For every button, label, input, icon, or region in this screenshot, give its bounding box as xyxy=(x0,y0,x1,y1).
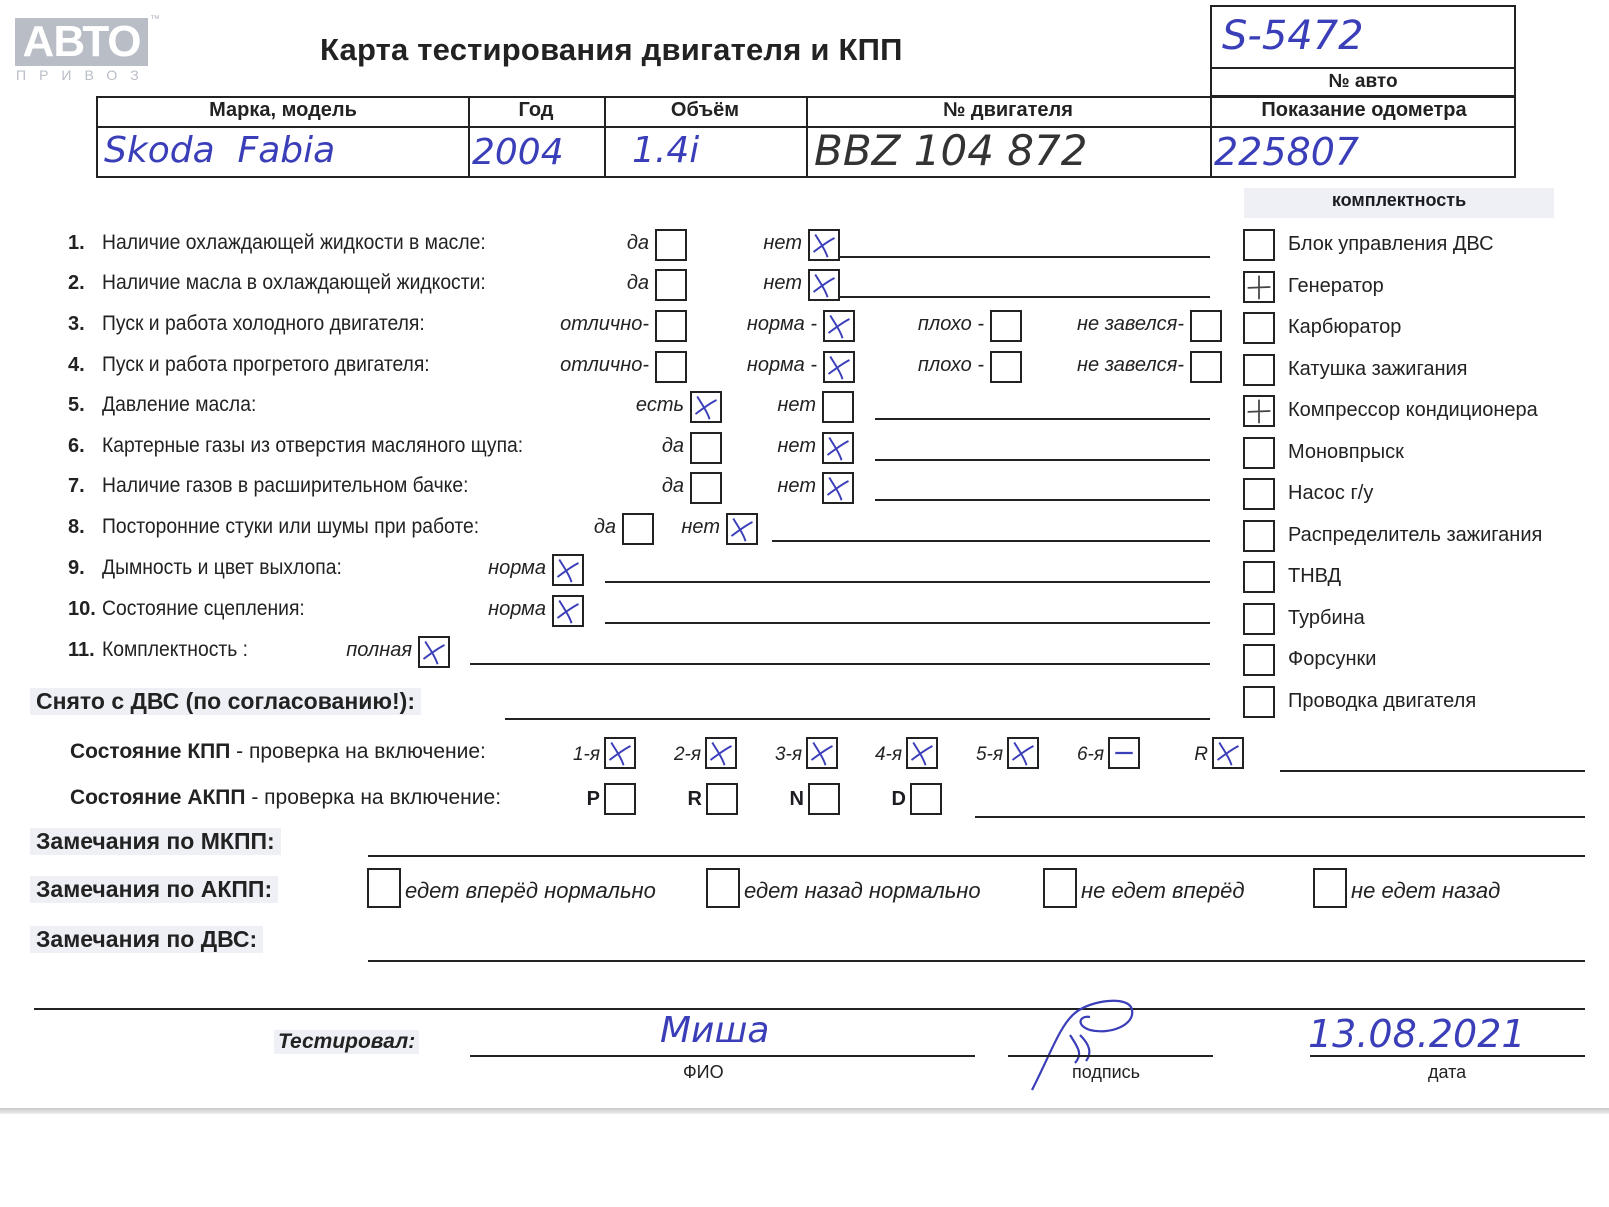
check-option-label: нет xyxy=(682,394,816,417)
akpp-remark-label: не едет вперёд xyxy=(1081,878,1245,904)
akpp-remark-checkbox[interactable] xyxy=(1043,868,1077,908)
komplektnost-checkbox[interactable] xyxy=(1243,478,1275,510)
check-option-checkbox[interactable] xyxy=(552,554,584,586)
kpp-gear-checkbox[interactable] xyxy=(906,737,938,769)
check-option-label: да xyxy=(550,475,684,498)
check-option-label: не завелся- xyxy=(1050,313,1184,336)
col-odometer: Показание одометра xyxy=(1210,99,1518,122)
komplektnost-title: комплектность xyxy=(1244,188,1554,218)
komplektnost-item-label: Насос г/у xyxy=(1288,482,1373,505)
page-title: Карта тестирования двигателя и КПП xyxy=(320,32,903,68)
check-notes-field[interactable] xyxy=(840,256,1210,258)
check-notes-field[interactable] xyxy=(605,581,1210,583)
check-option-label: нет xyxy=(682,475,816,498)
col-year: Год xyxy=(468,99,604,122)
akpp-remark-label: едет назад нормально xyxy=(744,878,981,904)
komplektnost-item-label: Генератор xyxy=(1288,275,1384,298)
year-value[interactable]: 2004 xyxy=(472,132,564,173)
check-label: Комплектность : xyxy=(102,638,248,662)
komplektnost-checkbox[interactable] xyxy=(1243,229,1275,261)
akpp-remark-checkbox[interactable] xyxy=(367,868,401,908)
check-option-label: полная xyxy=(278,639,412,662)
kpp-gear-label: 6-я xyxy=(1048,744,1104,766)
odometer-value[interactable]: 225807 xyxy=(1214,130,1359,174)
check-option-label: не завелся- xyxy=(1050,354,1184,377)
check-option-checkbox[interactable] xyxy=(726,513,758,545)
akpp-mode-checkbox[interactable] xyxy=(910,783,942,815)
komplektnost-item-label: Блок управления ДВС xyxy=(1288,233,1494,256)
check-option-checkbox[interactable] xyxy=(822,472,854,504)
akpp-remark-label: едет вперёд нормально xyxy=(405,878,656,904)
komplektnost-item-label: Компрессор кондиционера xyxy=(1288,399,1538,422)
logo-trademark: ™ xyxy=(150,14,160,25)
remarks-mkpp-field[interactable] xyxy=(368,855,1585,857)
volume-value[interactable]: 1.4i xyxy=(632,130,699,171)
komplektnost-item-label: Моновпрыск xyxy=(1288,441,1404,464)
kpp-gear-label: 3-я xyxy=(746,744,802,766)
check-option-label: нет xyxy=(682,435,816,458)
paper-tear-edge xyxy=(0,1108,1609,1114)
kpp-gear-label: R xyxy=(1152,744,1208,766)
check-option-checkbox[interactable] xyxy=(552,595,584,627)
akpp-remark-checkbox[interactable] xyxy=(706,868,740,908)
divider-line xyxy=(34,1008,1585,1010)
remarks-akpp-label: Замечания по АКПП: xyxy=(30,876,278,903)
akpp-remark-label: не едет назад xyxy=(1351,878,1500,904)
komplektnost-checkbox[interactable] xyxy=(1243,271,1275,303)
remarks-mkpp-label: Замечания по МКПП: xyxy=(30,828,281,855)
kpp-gear-label: 2-я xyxy=(645,744,701,766)
check-number: 6. xyxy=(68,435,85,458)
col-make-model: Марка, модель xyxy=(98,99,468,122)
komplektnost-item-label: Распределитель зажигания xyxy=(1288,524,1542,547)
vehicle-number-box: S-5472 № авто xyxy=(1210,5,1516,97)
check-option-label: отлично- xyxy=(515,313,649,336)
check-label: Давление масла: xyxy=(102,393,256,417)
check-label: Картерные газы из отверстия масляного щу… xyxy=(102,434,523,458)
komplektnost-item-label: ТНВД xyxy=(1288,565,1341,588)
logo-subtitle: ПРИВОЗ xyxy=(16,67,152,83)
komplektnost-checkbox[interactable] xyxy=(1243,312,1275,344)
akpp-mode-checkbox[interactable] xyxy=(604,783,636,815)
check-label: Посторонние стуки или шумы при работе: xyxy=(102,515,479,539)
kpp-gear-checkbox[interactable] xyxy=(604,737,636,769)
make-model-value[interactable]: Skoda Fabia xyxy=(104,130,335,171)
check-option-label: нет xyxy=(668,272,802,295)
vehicle-number-value[interactable]: S-5472 xyxy=(1222,13,1364,59)
check-option-checkbox[interactable] xyxy=(418,636,450,668)
komplektnost-checkbox[interactable] xyxy=(1243,520,1275,552)
check-notes-field[interactable] xyxy=(470,663,1210,665)
check-option-checkbox[interactable] xyxy=(1190,351,1222,383)
check-option-checkbox[interactable] xyxy=(990,351,1022,383)
kpp-gear-checkbox[interactable] xyxy=(1212,737,1244,769)
komplektnost-checkbox[interactable] xyxy=(1243,603,1275,635)
check-number: 8. xyxy=(68,516,85,539)
check-number: 1. xyxy=(68,232,85,255)
check-notes-field[interactable] xyxy=(772,540,1210,542)
akpp-label: Состояние АКПП - проверка на включение: xyxy=(70,786,501,810)
check-option-label: да xyxy=(550,435,684,458)
check-label: Пуск и работа прогретого двигателя: xyxy=(102,353,430,377)
col-volume: Объём xyxy=(604,99,806,122)
check-option-label: нет xyxy=(668,232,802,255)
check-option-checkbox[interactable] xyxy=(808,269,840,301)
name-caption: ФИО xyxy=(683,1062,724,1083)
check-notes-field[interactable] xyxy=(875,499,1210,501)
check-notes-field[interactable] xyxy=(840,296,1210,298)
akpp-notes-field[interactable] xyxy=(975,816,1585,818)
check-number: 5. xyxy=(68,394,85,417)
komplektnost-checkbox[interactable] xyxy=(1243,437,1275,469)
removed-from-engine-field[interactable] xyxy=(505,718,1210,720)
check-notes-field[interactable] xyxy=(875,418,1210,420)
check-notes-field[interactable] xyxy=(875,459,1210,461)
komplektnost-checkbox[interactable] xyxy=(1243,561,1275,593)
check-label: Состояние сцепления: xyxy=(102,597,305,621)
check-label: Наличие масла в охлаждающей жидкости: xyxy=(102,271,486,295)
tested-by-label: Тестировал: xyxy=(274,1030,419,1054)
engine-number-value[interactable]: BBZ 104 872 xyxy=(814,126,1087,175)
check-option-label: да xyxy=(515,272,649,295)
check-option-checkbox[interactable] xyxy=(990,310,1022,342)
test-date-value[interactable]: 13.08.2021 xyxy=(1308,1012,1526,1056)
signature-caption: подпись xyxy=(1072,1062,1140,1083)
vehicle-number-label: № авто xyxy=(1212,71,1514,93)
kpp-gear-label: 5-я xyxy=(947,744,1003,766)
check-option-label: норма xyxy=(412,598,546,621)
check-label: Пуск и работа холодного двигателя: xyxy=(102,312,425,336)
check-option-label: норма xyxy=(412,557,546,580)
kpp-gear-checkbox[interactable] xyxy=(1007,737,1039,769)
check-number: 2. xyxy=(68,272,85,295)
komplektnost-checkbox[interactable] xyxy=(1243,644,1275,676)
check-number: 4. xyxy=(68,354,85,377)
kpp-gear-checkbox[interactable] xyxy=(705,737,737,769)
check-option-checkbox[interactable] xyxy=(822,432,854,464)
kpp-gear-checkbox[interactable] xyxy=(806,737,838,769)
check-option-label: отлично- xyxy=(515,354,649,377)
check-option-checkbox[interactable] xyxy=(1190,310,1222,342)
akpp-mode-checkbox[interactable] xyxy=(706,783,738,815)
komplektnost-item-label: Турбина xyxy=(1288,607,1365,630)
tester-name-value[interactable]: Миша xyxy=(660,1010,769,1051)
akpp-mode-checkbox[interactable] xyxy=(808,783,840,815)
kpp-gear-label: 1-я xyxy=(544,744,600,766)
check-option-label: нет xyxy=(586,516,720,539)
check-option-label: норма - xyxy=(683,313,817,336)
kpp-gear-label: 4-я xyxy=(846,744,902,766)
kpp-label: Состояние КПП - проверка на включение: xyxy=(70,740,486,764)
check-notes-field[interactable] xyxy=(605,622,1210,624)
check-label: Дымность и цвет выхлопа: xyxy=(102,556,342,580)
avto-privoz-logo: АВТО xyxy=(15,18,148,66)
komplektnost-item-label: Карбюратор xyxy=(1288,316,1401,339)
removed-from-engine-label: Снято с ДВС (по согласованию!): xyxy=(30,688,421,715)
tester-name-field[interactable] xyxy=(470,1055,975,1057)
komplektnost-item-label: Форсунки xyxy=(1288,648,1376,671)
check-option-label: плохо - xyxy=(850,313,984,336)
kpp-gear-checkbox[interactable] xyxy=(1108,737,1140,769)
check-number: 3. xyxy=(68,313,85,336)
date-caption: дата xyxy=(1428,1062,1466,1083)
akpp-remark-checkbox[interactable] xyxy=(1313,868,1347,908)
check-option-label: да xyxy=(515,232,649,255)
check-number: 11. xyxy=(68,639,95,662)
check-number: 9. xyxy=(68,557,85,580)
akpp-mode-label: D xyxy=(890,788,906,811)
check-label: Наличие газов в расширительном бачке: xyxy=(102,474,468,498)
kpp-notes-field[interactable] xyxy=(1280,770,1585,772)
komplektnost-item-label: Проводка двигателя xyxy=(1288,690,1476,713)
remarks-dvs-field[interactable] xyxy=(368,960,1585,962)
komplektnost-checkbox[interactable] xyxy=(1243,686,1275,718)
akpp-mode-label: P xyxy=(584,788,600,811)
komplektnost-checkbox[interactable] xyxy=(1243,395,1275,427)
test-date-field[interactable] xyxy=(1310,1055,1585,1057)
komplektnost-checkbox[interactable] xyxy=(1243,354,1275,386)
check-number: 10. xyxy=(68,598,96,621)
akpp-mode-label: N xyxy=(788,788,804,811)
komplektnost-item-label: Катушка зажигания xyxy=(1288,358,1468,381)
check-number: 7. xyxy=(68,475,85,498)
col-engine-number: № двигателя xyxy=(806,99,1210,122)
check-option-label: плохо - xyxy=(850,354,984,377)
remarks-dvs-label: Замечания по ДВС: xyxy=(30,926,263,953)
check-option-checkbox[interactable] xyxy=(822,391,854,423)
check-option-label: есть xyxy=(550,394,684,417)
akpp-mode-label: R xyxy=(686,788,702,811)
check-label: Наличие охлаждающей жидкости в масле: xyxy=(102,231,486,255)
check-option-checkbox[interactable] xyxy=(808,229,840,261)
vehicle-header-table: Марка, модель Год Объём № двигателя Пока… xyxy=(96,96,1516,178)
check-option-label: норма - xyxy=(683,354,817,377)
signature-field[interactable] xyxy=(1008,1055,1213,1057)
